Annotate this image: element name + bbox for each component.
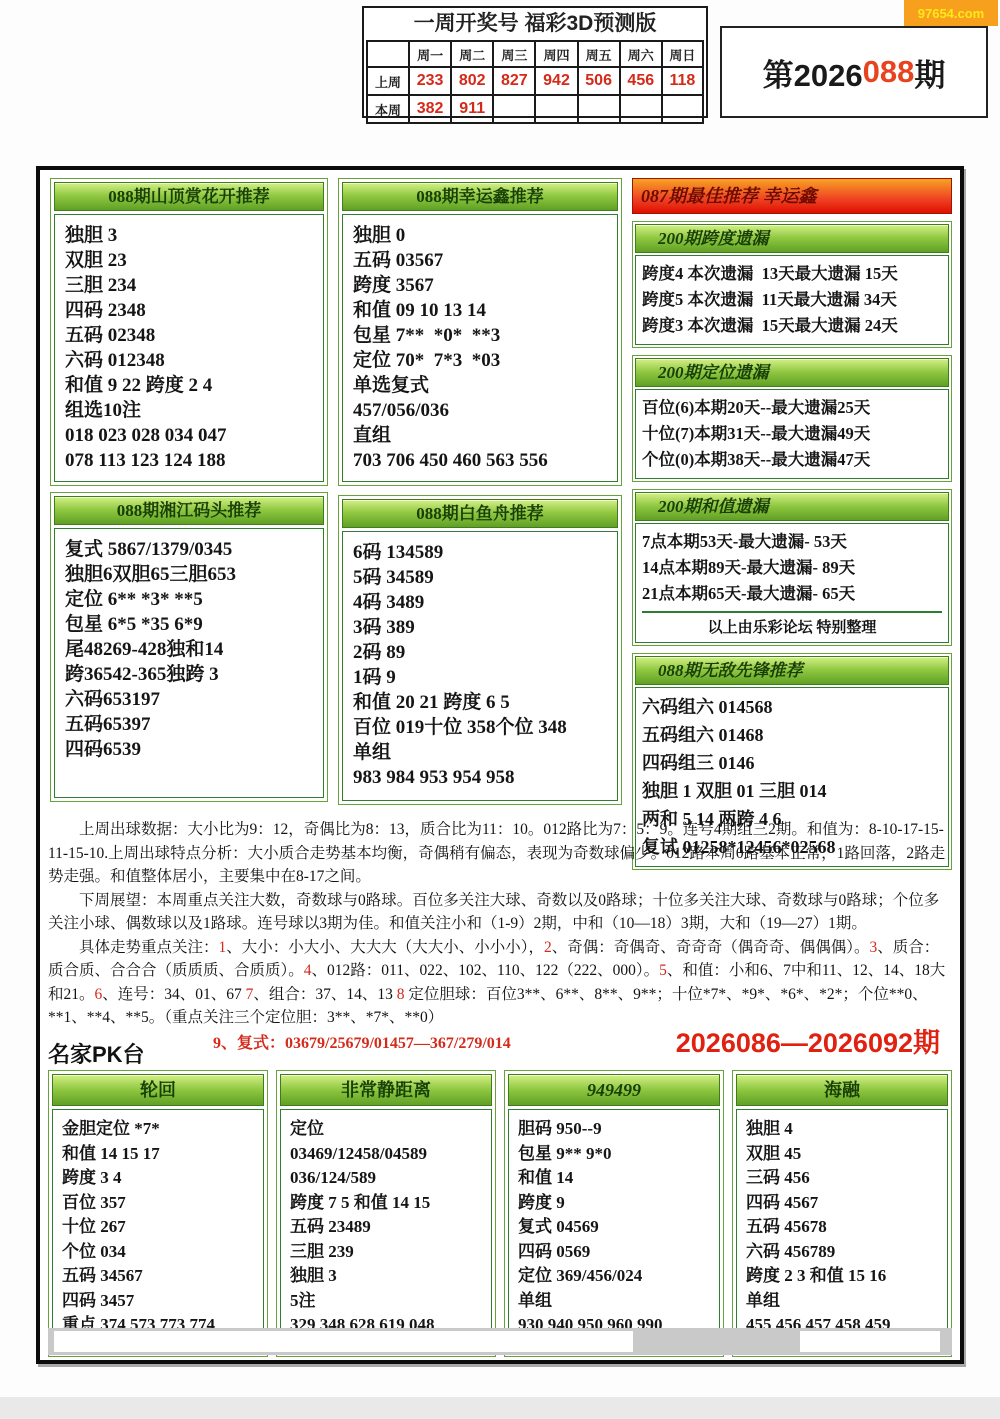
- prediction-line: 六码 456789: [746, 1240, 938, 1265]
- analysis-duplex-line: 9、复式：03679/25679/01457—367/279/014: [213, 1032, 511, 1056]
- draw-number-cell: 456: [620, 67, 662, 95]
- analysis-segment: 2: [544, 939, 552, 956]
- period-range: 2026086—2026092期: [676, 1032, 940, 1056]
- prediction-line: 跨度 9: [518, 1191, 710, 1216]
- weekly-results-title: 一周开奖号 福彩3D预测版: [364, 8, 706, 40]
- day-header: 周六: [620, 41, 662, 67]
- pk-box-body: 定位03469/12458/04589036/124/589跨度 7 5 和值 …: [280, 1109, 492, 1353]
- draw-number-cell: 942: [535, 67, 577, 95]
- prediction-line: 四码 4567: [746, 1191, 938, 1216]
- prediction-line: 独胆 3: [290, 1264, 482, 1289]
- analysis-text: 上周出球数据：大小比为9：12，奇偶比为8：13，质合比为11：10。012路比…: [48, 818, 950, 1055]
- draw-number-cell: 382: [409, 95, 451, 123]
- prediction-line: 四码 0569: [518, 1240, 710, 1265]
- day-header: 周三: [493, 41, 535, 67]
- site-badge-link[interactable]: 97654.com: [904, 0, 998, 26]
- prediction-line: 3码 389: [353, 615, 607, 640]
- prediction-line: 四码 2348: [65, 298, 313, 323]
- prediction-line: 983 984 953 954 958: [353, 765, 607, 790]
- bottom-strip-field-right: [800, 1331, 940, 1352]
- prediction-line: 个位 034: [62, 1240, 254, 1265]
- prediction-line: 四码 3457: [62, 1289, 254, 1314]
- prediction-line: 独胆 1 双胆 01 三胆 014: [642, 777, 942, 805]
- prediction-line: 五码 23489: [290, 1215, 482, 1240]
- draw-number-cell: [493, 95, 535, 123]
- weekly-results-table: 周一周二周三周四周五周六周日 上周 233802827942506456118 …: [366, 40, 704, 124]
- pk-box-body: 独胆 4双胆 45三码 456四码 4567五码 45678六码 456789跨…: [736, 1109, 948, 1353]
- box-baiyuzhou-title: 088期白鱼舟推荐: [342, 499, 618, 528]
- box-xiangjiang-body: 复式 5867/1379/0345独胆6双胆65三胆653定位 6** *3* …: [54, 528, 324, 798]
- analysis-segment: 、奇偶：奇偶奇、奇奇奇（偶奇奇、偶偶偶）。: [552, 939, 870, 956]
- period-panel: 第2026088期: [720, 26, 988, 118]
- prediction-line: 双胆 23: [65, 248, 313, 273]
- page-bottom-bar: [0, 1397, 1000, 1419]
- box-xiangjiang: 088期湘江码头推荐 复式 5867/1379/0345独胆6双胆65三胆653…: [50, 492, 328, 802]
- day-header: 周四: [535, 41, 577, 67]
- section-body: 百位(6)本期20天--最大遗漏25天十位(7)本期31天--最大遗漏49天个位…: [635, 389, 949, 479]
- table-header-row: 周一周二周三周四周五周六周日: [367, 41, 703, 67]
- row-label: 本周: [367, 95, 409, 123]
- prediction-line: 独胆 4: [746, 1117, 938, 1142]
- best-recommend-banner: 087期最佳推荐 幸运鑫: [632, 178, 952, 214]
- prediction-line: 包星 9** 9*0: [518, 1142, 710, 1167]
- day-header: 周日: [662, 41, 703, 67]
- draw-number-cell: [620, 95, 662, 123]
- omission-line: 7点本期53天-最大遗漏- 53天: [642, 529, 942, 555]
- prediction-line: 四码6539: [65, 737, 313, 762]
- prediction-line: 078 113 123 124 188: [65, 448, 313, 473]
- box-shanding: 088期山顶赏花开推荐 独胆 3双胆 23三胆 234四码 2348五码 023…: [50, 178, 328, 486]
- omission-line: 跨度3 本次遗漏 15天最大遗漏 24天: [642, 313, 942, 339]
- prediction-line: 复式 5867/1379/0345: [65, 537, 313, 562]
- prediction-line: 四码组三 0146: [642, 749, 942, 777]
- analysis-segment: 具体走势重点关注：: [79, 939, 219, 956]
- analysis-segment: 、012路：011、022、102、110、122（222、000）。: [312, 962, 660, 979]
- analysis-row-4: 9、复式：03679/25679/01457—367/279/014 20260…: [48, 1032, 950, 1056]
- prediction-line: 定位: [290, 1117, 482, 1142]
- bottom-strip: [48, 1328, 952, 1355]
- page: 一周开奖号 福彩3D预测版 周一周二周三周四周五周六周日 上周 23380282…: [0, 0, 1000, 1419]
- section-span-omission: 200期跨度遗漏 跨度4 本次遗漏 13天最大遗漏 15天跨度5 本次遗漏 11…: [632, 221, 952, 348]
- pk-box-hairong: 海融 独胆 4双胆 45三码 456四码 4567五码 45678六码 4567…: [732, 1070, 952, 1357]
- prediction-line: 五码65397: [65, 712, 313, 737]
- analysis-segment: 4: [304, 962, 312, 979]
- omission-line: 跨度5 本次遗漏 11天最大遗漏 34天: [642, 287, 942, 313]
- prediction-line: 单组: [746, 1289, 938, 1314]
- day-header: 周五: [578, 41, 620, 67]
- bottom-strip-field-left: [54, 1331, 633, 1352]
- prediction-line: 独胆 0: [353, 223, 607, 248]
- pk-row: 轮回 金胆定位 *7*和值 14 15 17跨度 3 4百位 357十位 267…: [48, 1070, 952, 1357]
- pk-box-title: 949499: [508, 1074, 720, 1106]
- omission-line: 百位(6)本期20天--最大遗漏25天: [642, 395, 942, 421]
- prediction-line: 定位 70* 7*3 *03: [353, 348, 607, 373]
- pk-box-title: 海融: [736, 1074, 948, 1106]
- analysis-segment: 8: [397, 986, 405, 1003]
- prediction-line: 单组: [518, 1289, 710, 1314]
- section-position-omission: 200期定位遗漏 百位(6)本期20天--最大遗漏25天十位(7)本期31天--…: [632, 355, 952, 482]
- period-suffix: 期: [914, 50, 945, 95]
- analysis-segment: 、大小：小大小、大大大（大大小、小小小），: [226, 939, 544, 956]
- weekly-results-panel: 一周开奖号 福彩3D预测版 周一周二周三周四周五周六周日 上周 23380282…: [362, 6, 708, 118]
- period-number: 088: [863, 54, 915, 90]
- box-shanding-body: 独胆 3双胆 23三胆 234四码 2348五码 02348六码 012348和…: [54, 214, 324, 482]
- omission-line: 跨度4 本次遗漏 13天最大遗漏 15天: [642, 261, 942, 287]
- prediction-line: 6码 134589: [353, 540, 607, 565]
- prediction-line: 018 023 028 034 047: [65, 423, 313, 448]
- box-shanding-title: 088期山顶赏花开推荐: [54, 182, 324, 211]
- prediction-line: 单组: [353, 740, 607, 765]
- omission-line: 个位(0)本期38天--最大遗漏47天: [642, 447, 942, 473]
- draw-number-cell: 802: [451, 67, 493, 95]
- box-xingyunxin-body: 独胆 0五码 03567跨度 3567和值 09 10 13 14包星 7** …: [342, 214, 618, 482]
- prediction-line: 跨度 3 4: [62, 1166, 254, 1191]
- section-title: 200期跨度遗漏: [635, 224, 949, 253]
- prediction-line: 胆码 950--9: [518, 1117, 710, 1142]
- prediction-line: 703 706 450 460 563 556: [353, 448, 607, 473]
- draw-number-cell: 233: [409, 67, 451, 95]
- prediction-line: 五码 03567: [353, 248, 607, 273]
- prediction-line: 跨度 2 3 和值 15 16: [746, 1264, 938, 1289]
- draw-number-cell: [578, 95, 620, 123]
- corner-cell: [367, 41, 409, 67]
- omission-line: 14点本期89天-最大遗漏- 89天: [642, 555, 942, 581]
- pk-box-feichangjingjuli: 非常静距离 定位03469/12458/04589036/124/589跨度 7…: [276, 1070, 496, 1357]
- period-prefix: 第2026: [763, 50, 863, 95]
- prediction-line: 跨度 3567: [353, 273, 607, 298]
- omission-line: 十位(7)本期31天--最大遗漏49天: [642, 421, 942, 447]
- box-xingyunxin-title: 088期幸运鑫推荐: [342, 182, 618, 211]
- prediction-line: 尾48269-428独和14: [65, 637, 313, 662]
- prediction-line: 三胆 239: [290, 1240, 482, 1265]
- prediction-line: 五码组六 01468: [642, 721, 942, 749]
- prediction-line: 和值 09 10 13 14: [353, 298, 607, 323]
- prediction-line: 三码 456: [746, 1166, 938, 1191]
- section-body: 7点本期53天-最大遗漏- 53天14点本期89天-最大遗漏- 89天21点本期…: [635, 523, 949, 643]
- analysis-segment: 、连号：34、01、67: [102, 986, 245, 1003]
- omission-lines: 7点本期53天-最大遗漏- 53天14点本期89天-最大遗漏- 89天21点本期…: [642, 529, 942, 607]
- section-sum-omission: 200期和值遗漏 7点本期53天-最大遗漏- 53天14点本期89天-最大遗漏-…: [632, 489, 952, 646]
- prediction-line: 百位 357: [62, 1191, 254, 1216]
- box-baiyuzhou: 088期白鱼舟推荐 6码 1345895码 345894码 34893码 389…: [338, 495, 622, 805]
- prediction-line: 三胆 234: [65, 273, 313, 298]
- box-baiyuzhou-body: 6码 1345895码 345894码 34893码 3892码 891码 9和…: [342, 531, 618, 801]
- prediction-line: 单选复式: [353, 373, 607, 398]
- prediction-line: 036/124/589: [290, 1166, 482, 1191]
- draw-number-cell: 827: [493, 67, 535, 95]
- prediction-line: 复式 04569: [518, 1215, 710, 1240]
- analysis-paragraph-1: 上周出球数据：大小比为9：12，奇偶比为8：13，质合比为11：10。012路比…: [48, 818, 950, 889]
- box-xingyunxin: 088期幸运鑫推荐 独胆 0五码 03567跨度 3567和值 09 10 13…: [338, 178, 622, 486]
- prediction-line: 直组: [353, 423, 607, 448]
- box-xiangjiang-title: 088期湘江码头推荐: [54, 496, 324, 525]
- prediction-line: 六码组六 014568: [642, 693, 942, 721]
- prediction-line: 百位 019十位 358个位 348: [353, 715, 607, 740]
- prediction-line: 五码 45678: [746, 1215, 938, 1240]
- section-title: 200期和值遗漏: [635, 492, 949, 521]
- prediction-line: 457/056/036: [353, 398, 607, 423]
- draw-number-cell: 118: [662, 67, 703, 95]
- main-frame: 088期山顶赏花开推荐 独胆 3双胆 23三胆 234四码 2348五码 023…: [36, 166, 964, 1364]
- prediction-line: 和值 14: [518, 1166, 710, 1191]
- prediction-line: 五码 02348: [65, 323, 313, 348]
- section-title: 088期无敌先锋推荐: [635, 656, 949, 685]
- analysis-segment: 5: [659, 962, 667, 979]
- prediction-line: 跨度 7 5 和值 14 15: [290, 1191, 482, 1216]
- prediction-line: 和值 14 15 17: [62, 1142, 254, 1167]
- section-body: 跨度4 本次遗漏 13天最大遗漏 15天跨度5 本次遗漏 11天最大遗漏 34天…: [635, 255, 949, 345]
- prediction-line: 5码 34589: [353, 565, 607, 590]
- prediction-line: 5注: [290, 1289, 482, 1314]
- prediction-line: 03469/12458/04589: [290, 1142, 482, 1167]
- prediction-line: 六码 012348: [65, 348, 313, 373]
- prediction-line: 和值 9 22 跨度 2 4: [65, 373, 313, 398]
- prediction-line: 十位 267: [62, 1215, 254, 1240]
- analysis-segment: 、组合：37、14、13: [253, 986, 396, 1003]
- row-label: 上周: [367, 67, 409, 95]
- day-header: 周一: [409, 41, 451, 67]
- pk-box-body: 金胆定位 *7*和值 14 15 17跨度 3 4百位 357十位 267个位 …: [52, 1109, 264, 1353]
- prediction-line: 定位 369/456/024: [518, 1264, 710, 1289]
- table-row-lastweek: 上周 233802827942506456118: [367, 67, 703, 95]
- pk-box-title: 轮回: [52, 1074, 264, 1106]
- prediction-line: 和值 20 21 跨度 6 5: [353, 690, 607, 715]
- analysis-paragraph-2: 下周展望：本周重点关注大数，奇数球与0路球。百位多关注大球、奇数以及0路球；十位…: [48, 889, 950, 936]
- day-header: 周二: [451, 41, 493, 67]
- right-panel: 087期最佳推荐 幸运鑫 200期跨度遗漏 跨度4 本次遗漏 13天最大遗漏 1…: [632, 178, 952, 870]
- pk-box-body: 胆码 950--9包星 9** 9*0和值 14跨度 9复式 04569四码 0…: [508, 1109, 720, 1353]
- pk-stage-label: 名家PK台: [48, 1038, 145, 1069]
- prediction-line: 五码 34567: [62, 1264, 254, 1289]
- draw-number-cell: [535, 95, 577, 123]
- prediction-line: 定位 6** *3* **5: [65, 587, 313, 612]
- prediction-line: 独胆6双胆65三胆653: [65, 562, 313, 587]
- prediction-line: 2码 89: [353, 640, 607, 665]
- draw-number-cell: 911: [451, 95, 493, 123]
- analysis-paragraph-3: 具体走势重点关注：1、大小：小大小、大大大（大大小、小小小），2、奇偶：奇偶奇、…: [48, 936, 950, 1030]
- draw-number-cell: 506: [578, 67, 620, 95]
- omission-line: 21点本期65天-最大遗漏- 65天: [642, 581, 942, 607]
- prediction-line: 金胆定位 *7*: [62, 1117, 254, 1142]
- prediction-line: 4码 3489: [353, 590, 607, 615]
- prediction-line: 组选10注: [65, 398, 313, 423]
- prediction-line: 包星 6*5 *35 6*9: [65, 612, 313, 637]
- pk-box-title: 非常静距离: [280, 1074, 492, 1106]
- pk-box-lunhui: 轮回 金胆定位 *7*和值 14 15 17跨度 3 4百位 357十位 267…: [48, 1070, 268, 1357]
- pk-box-949499: 949499 胆码 950--9包星 9** 9*0和值 14跨度 9复式 04…: [504, 1070, 724, 1357]
- table-row-thisweek: 本周 382911: [367, 95, 703, 123]
- section-title: 200期定位遗漏: [635, 358, 949, 387]
- prediction-line: 包星 7** *0* **3: [353, 323, 607, 348]
- prediction-line: 1码 9: [353, 665, 607, 690]
- prediction-line: 六码653197: [65, 687, 313, 712]
- draw-number-cell: [662, 95, 703, 123]
- prediction-line: 独胆 3: [65, 223, 313, 248]
- section-footer-note: 以上由乐彩论坛 特别整理: [642, 611, 942, 637]
- prediction-line: 双胆 45: [746, 1142, 938, 1167]
- prediction-line: 跨36542-365独跨 3: [65, 662, 313, 687]
